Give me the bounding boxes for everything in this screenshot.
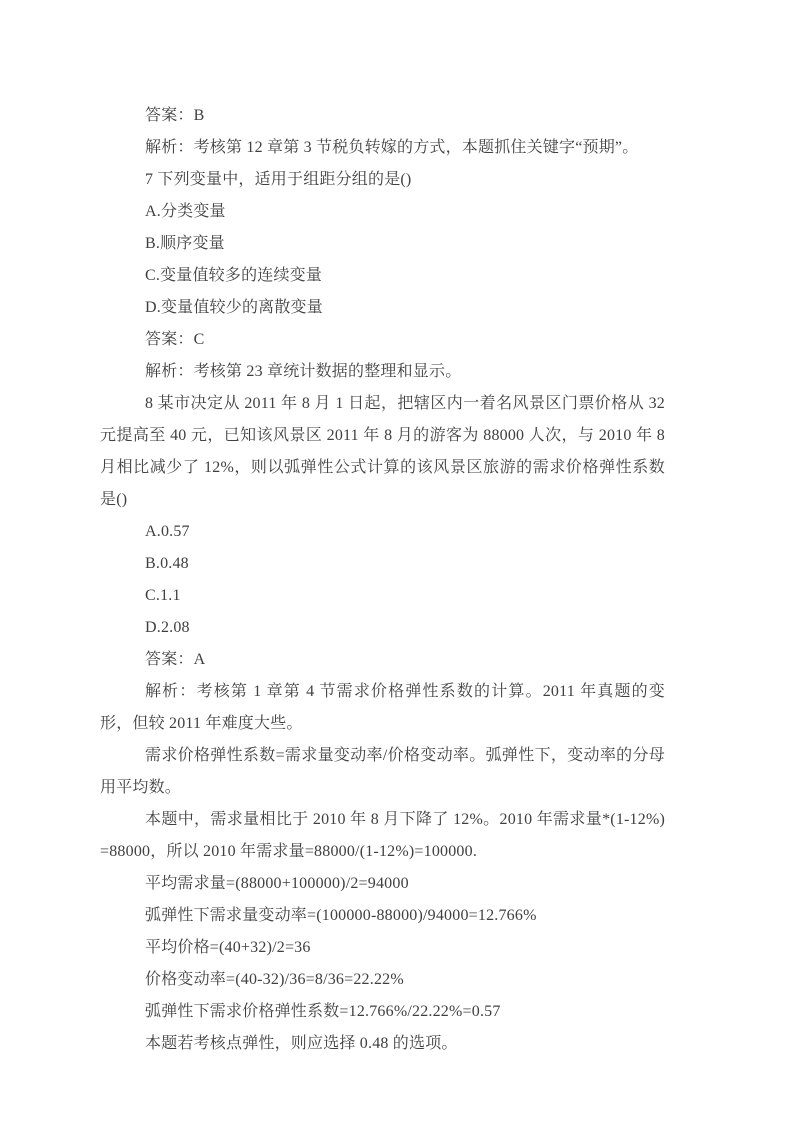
paragraph-analysis: 解析：考核第 1 章第 4 节需求价格弹性系数的计算。2011 年真题的变形，但… (100, 676, 665, 740)
paragraph-option: D.2.08 (100, 612, 665, 644)
paragraph-option: A.分类变量 (100, 196, 665, 228)
paragraph-option: B.0.48 (100, 548, 665, 580)
paragraph-calculation: 平均价格=(40+32)/2=36 (100, 932, 665, 964)
paragraph-question: 7 下列变量中，适用于组距分组的是() (100, 164, 665, 196)
paragraph-explanation: 需求价格弹性系数=需求量变动率/价格变动率。弧弹性下，变动率的分母用平均数。 (100, 740, 665, 804)
paragraph-explanation: 本题中，需求量相比于 2010 年 8 月下降了 12%。2010 年需求量*(… (100, 804, 665, 868)
document-page: 答案：B解析：考核第 12 章第 3 节税负转嫁的方式，本题抓住关键字“预期”。… (0, 0, 794, 1123)
paragraph-calculation: 弧弹性下需求量变动率=(100000-88000)/94000=12.766% (100, 900, 665, 932)
paragraph-answer: 答案：C (100, 324, 665, 356)
paragraph-answer: 答案：A (100, 644, 665, 676)
paragraph-option: C.1.1 (100, 580, 665, 612)
document-content: 答案：B解析：考核第 12 章第 3 节税负转嫁的方式，本题抓住关键字“预期”。… (100, 100, 665, 1060)
paragraph-calculation: 平均需求量=(88000+100000)/2=94000 (100, 868, 665, 900)
paragraph-calculation: 价格变动率=(40-32)/36=8/36=22.22% (100, 964, 665, 996)
paragraph-calculation: 弧弹性下需求价格弹性系数=12.766%/22.22%=0.57 (100, 996, 665, 1028)
paragraph-question: 8 某市决定从 2011 年 8 月 1 日起，把辖区内一着名风景区门票价格从 … (100, 388, 665, 516)
paragraph-option: D.变量值较少的离散变量 (100, 292, 665, 324)
paragraph-option: B.顺序变量 (100, 228, 665, 260)
paragraph-option: A.0.57 (100, 516, 665, 548)
paragraph-analysis: 解析：考核第 23 章统计数据的整理和显示。 (100, 356, 665, 388)
paragraph-option: C.变量值较多的连续变量 (100, 260, 665, 292)
paragraph-answer: 答案：B (100, 100, 665, 132)
paragraph-note: 本题若考核点弹性，则应选择 0.48 的选项。 (100, 1028, 665, 1060)
paragraph-analysis: 解析：考核第 12 章第 3 节税负转嫁的方式，本题抓住关键字“预期”。 (100, 132, 665, 164)
